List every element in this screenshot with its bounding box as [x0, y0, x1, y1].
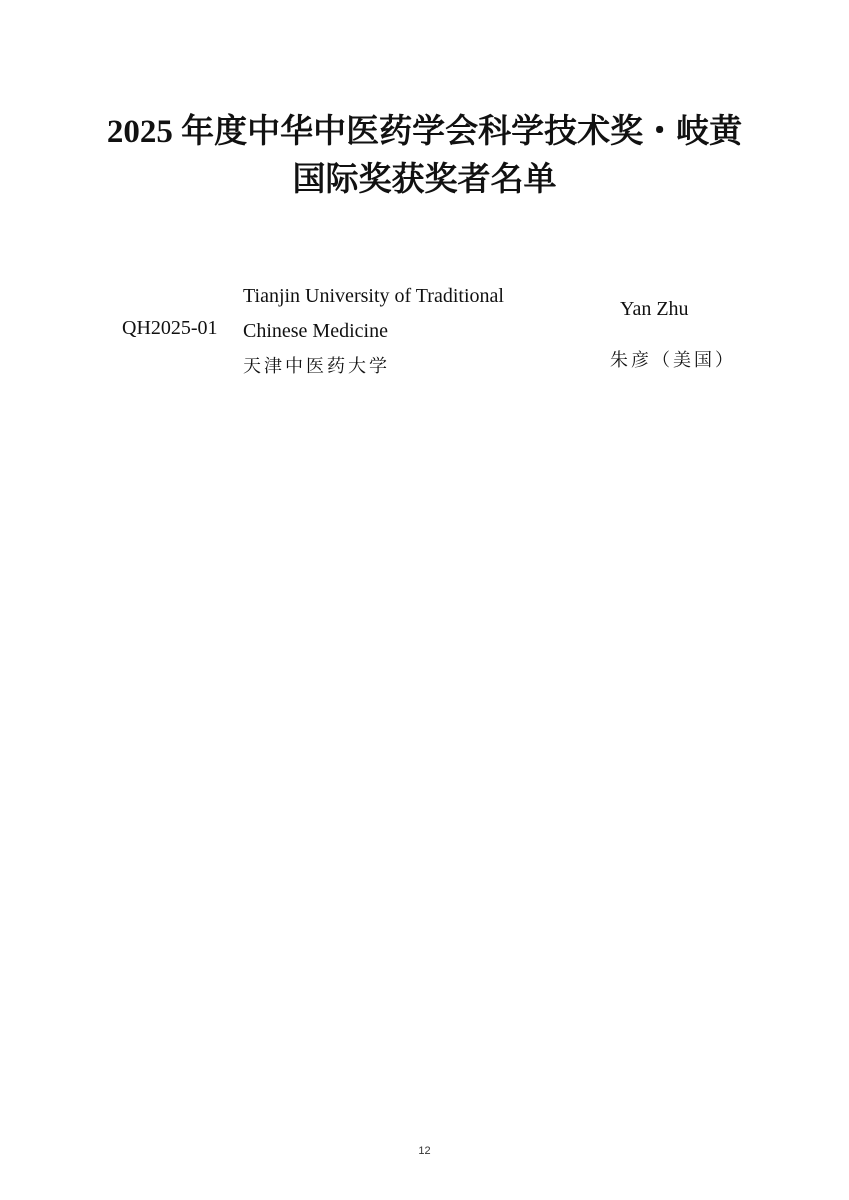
document-title: 2025 年度中华中医药学会科学技术奖・岐黄 国际奖获奖者名单 — [0, 108, 849, 204]
winner: Yan Zhu 朱彦（美国） — [596, 296, 732, 374]
winner-name-en: Yan Zhu — [596, 296, 732, 322]
winner-name-cn: 朱彦（美国） — [596, 348, 732, 374]
award-code: QH2025-01 — [122, 315, 218, 341]
organization-en-line-2: Chinese Medicine — [243, 314, 504, 349]
organization-en-line-1: Tianjin University of Traditional — [243, 279, 504, 314]
title-line-1: 2025 年度中华中医药学会科学技术奖・岐黄 — [0, 108, 849, 156]
title-line-2: 国际奖获奖者名单 — [0, 156, 849, 204]
page-number: 12 — [0, 1145, 849, 1157]
organization: Tianjin University of Traditional Chines… — [243, 279, 504, 384]
organization-cn: 天津中医药大学 — [243, 349, 504, 384]
